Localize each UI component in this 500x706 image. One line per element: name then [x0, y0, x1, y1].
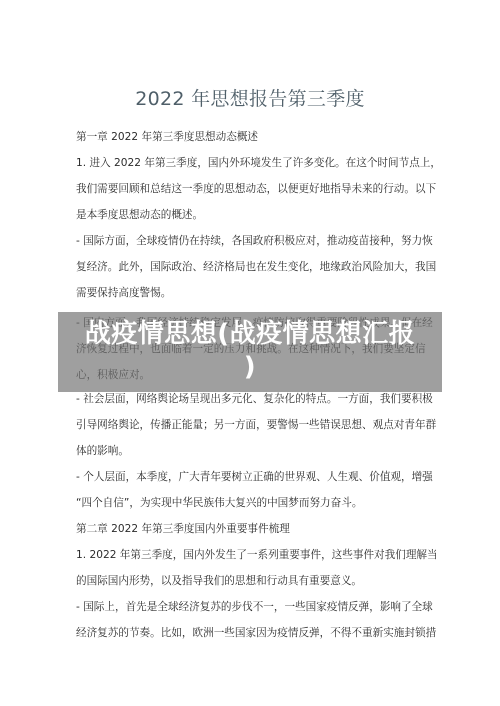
paragraph-line: 体的影响。 — [76, 444, 436, 458]
paragraph-line: - 国际方面，全球疫情仍在持续，各国政府积极应对，推动疫苗接种，努力恢 — [76, 234, 436, 248]
paragraph-line: 的国际国内形势，以及指导我们的思想和行动具有重要意义。 — [76, 574, 436, 588]
document-title: 2022 年思想报告第三季度 — [0, 84, 500, 111]
paragraph-line: 引导网络舆论，传播正能量；另一方面，要警惕一些错误思想、观点对青年群 — [76, 418, 436, 432]
paragraph-line: - 社会层面，网络舆论场呈现出多元化、复杂化的特点。一方面，我们要积极 — [76, 392, 436, 406]
overlay-title: 战疫情思想(战疫情思想汇报 ) — [58, 318, 442, 384]
paragraph-line: 我们需要回顾和总结这一季度的思想动态，以便更好地指导未来的行动。以下 — [76, 182, 436, 196]
paragraph-line: 1. 2022 年第三季度，国内外发生了一系列重要事件，这些事件对我们理解当前 — [76, 548, 436, 562]
paragraph-line: 需要保持高度警惕。 — [76, 286, 436, 300]
paragraph-line: - 个人层面，本季度，广大青年要树立正确的世界观、人生观、价值观，增强 — [76, 470, 436, 484]
paragraph-line: “四个自信”，为实现中华民族伟大复兴的中国梦而努力奋斗。 — [76, 496, 436, 510]
chapter-1-heading: 第一章 2022 年第三季度思想动态概述 — [76, 130, 436, 144]
paragraph-line: - 国际上，首先是全球经济复苏的步伐不一，一些国家疫情反弹，影响了全球 — [76, 600, 436, 614]
overlay-title-line-2: ) — [58, 351, 442, 384]
paragraph-line: 是本季度思想动态的概述。 — [76, 208, 436, 222]
overlay-title-line-1: 战疫情思想(战疫情思想汇报 — [58, 318, 442, 351]
paragraph-line: 复经济。此外，国际政治、经济格局也在发生变化，地缘政治风险加大，我国 — [76, 260, 436, 274]
paragraph-line: 经济复苏的节奏。比如，欧洲一些国家因为疫情反弹，不得不重新实施封锁措 — [76, 626, 436, 640]
document-page: 2022 年思想报告第三季度 第一章 2022 年第三季度思想动态概述 1. 进… — [0, 0, 500, 706]
chapter-2-heading: 第二章 2022 年第三季度国内外重要事件梳理 — [76, 522, 436, 536]
paragraph-line: 1. 进入 2022 年第三季度，国内外环境发生了许多变化。在这个时间节点上， — [76, 156, 436, 170]
